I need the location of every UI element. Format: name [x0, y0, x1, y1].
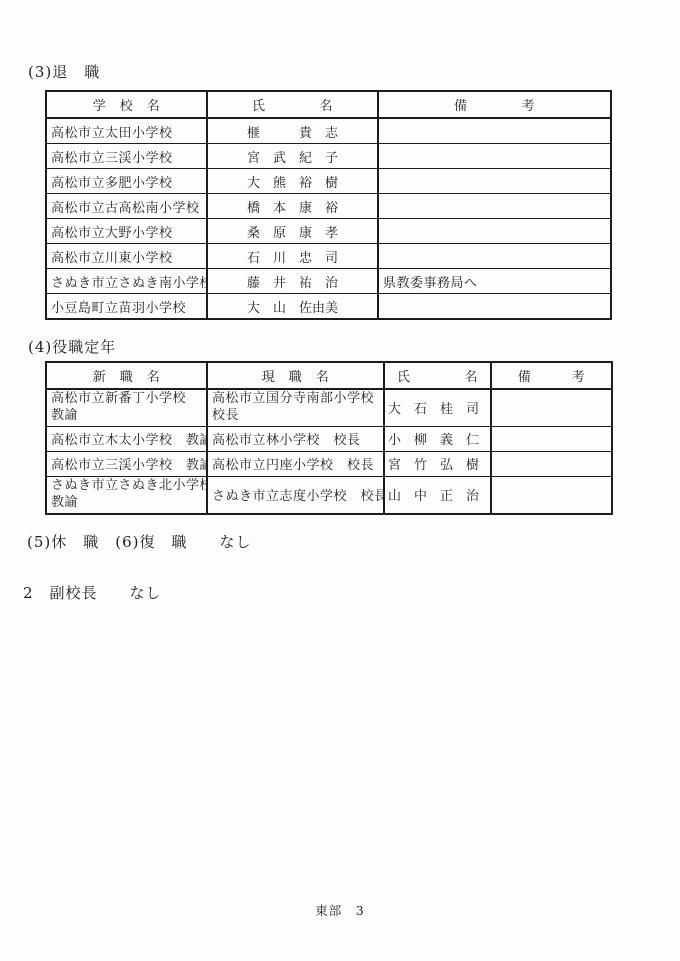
- cell-remarks: [378, 219, 611, 244]
- cell-person-name: 榧 貴 志: [207, 118, 378, 144]
- cell-person-name: 大 石 桂 司: [384, 389, 491, 426]
- cell-person-name: 山 中 正 治: [384, 476, 491, 513]
- cell-new-position: 高松市立新番丁小学校 教諭: [46, 389, 207, 426]
- document-page: (3)退 職 学 校 名 氏 名 備 考 高松市立太田小学校 榧 貴 志 高松市…: [0, 0, 680, 961]
- cell-person-name: 石 川 忠 司: [207, 244, 378, 269]
- retirement-table: 学 校 名 氏 名 備 考 高松市立太田小学校 榧 貴 志 高松市立三渓小学校 …: [45, 90, 612, 320]
- table-header-row: 新 職 名 現 職 名 氏 名 備 考: [46, 362, 612, 389]
- cell-new-position: 高松市立木太小学校 教諭: [46, 426, 207, 451]
- cell-person-name: 大 山 佐由美: [207, 294, 378, 320]
- table-row: さぬき市立さぬき南小学校 藤 井 祐 治 県教委事務局へ: [46, 269, 611, 294]
- section-heading-retirement: (3)退 職: [28, 61, 100, 82]
- cell-person-name: 桑 原 康 孝: [207, 219, 378, 244]
- cell-person-name: 橋 本 康 裕: [207, 194, 378, 219]
- cell-remarks: [491, 389, 612, 426]
- cell-new-position: さぬき市立さぬき北小学校 教諭: [46, 476, 207, 513]
- column-header-new-position: 新 職 名: [46, 362, 207, 389]
- table-row: 高松市立木太小学校 教諭 高松市立林小学校 校長 小 柳 義 仁: [46, 426, 612, 451]
- column-header-person-name: 氏 名: [384, 362, 491, 389]
- table-row: 高松市立多肥小学校 大 熊 裕 樹: [46, 169, 611, 194]
- cell-remarks: [491, 476, 612, 513]
- cell-current-position: 高松市立林小学校 校長: [207, 426, 384, 451]
- table-row: さぬき市立さぬき北小学校 教諭 さぬき市立志度小学校 校長 山 中 正 治: [46, 476, 612, 513]
- cell-remarks: [491, 426, 612, 451]
- page-footer: 東部 3: [0, 901, 680, 919]
- table-row: 高松市立大野小学校 桑 原 康 孝: [46, 219, 611, 244]
- table-row: 高松市立新番丁小学校 教諭 高松市立国分寺南部小学校 校長 大 石 桂 司: [46, 389, 612, 426]
- cell-remarks: [378, 194, 611, 219]
- cell-remarks: [378, 169, 611, 194]
- cell-current-position: 高松市立円座小学校 校長: [207, 451, 384, 476]
- column-header-remarks: 備 考: [378, 91, 611, 118]
- cell-current-position: さぬき市立志度小学校 校長: [207, 476, 384, 513]
- cell-school-name: さぬき市立さぬき南小学校: [46, 269, 207, 294]
- table-row: 高松市立古高松南小学校 橋 本 康 裕: [46, 194, 611, 219]
- cell-remarks: [378, 244, 611, 269]
- cell-person-name: 小 柳 義 仁: [384, 426, 491, 451]
- cell-school-name: 高松市立多肥小学校: [46, 169, 207, 194]
- cell-remarks: [491, 451, 612, 476]
- cell-person-name: 宮 武 紀 子: [207, 144, 378, 169]
- cell-remarks: [378, 294, 611, 320]
- cell-remarks: [378, 118, 611, 144]
- cell-person-name: 宮 竹 弘 樹: [384, 451, 491, 476]
- table-row: 高松市立太田小学校 榧 貴 志: [46, 118, 611, 144]
- cell-school-name: 高松市立太田小学校: [46, 118, 207, 144]
- table-row: 高松市立三渓小学校 教諭 高松市立円座小学校 校長 宮 竹 弘 樹: [46, 451, 612, 476]
- table-row: 高松市立三渓小学校 宮 武 紀 子: [46, 144, 611, 169]
- cell-current-position: 高松市立国分寺南部小学校 校長: [207, 389, 384, 426]
- table-header-row: 学 校 名 氏 名 備 考: [46, 91, 611, 118]
- cell-new-position: 高松市立三渓小学校 教諭: [46, 451, 207, 476]
- cell-remarks: [378, 144, 611, 169]
- section-heading-role-retirement: (4)役職定年: [28, 336, 116, 357]
- table-row: 高松市立川東小学校 石 川 忠 司: [46, 244, 611, 269]
- cell-school-name: 小豆島町立苗羽小学校: [46, 294, 207, 320]
- table-row: 小豆島町立苗羽小学校 大 山 佐由美: [46, 294, 611, 320]
- cell-school-name: 高松市立川東小学校: [46, 244, 207, 269]
- column-header-school-name: 学 校 名: [46, 91, 207, 118]
- column-header-remarks: 備 考: [491, 362, 612, 389]
- cell-person-name: 藤 井 祐 治: [207, 269, 378, 294]
- column-header-person-name: 氏 名: [207, 91, 378, 118]
- role-retirement-table: 新 職 名 現 職 名 氏 名 備 考 高松市立新番丁小学校 教諭 高松市立国分…: [45, 361, 613, 515]
- column-header-current-position: 現 職 名: [207, 362, 384, 389]
- cell-school-name: 高松市立古高松南小学校: [46, 194, 207, 219]
- cell-school-name: 高松市立三渓小学校: [46, 144, 207, 169]
- line-leave-and-reinstatement: (5)休 職 (6)復 職 なし: [27, 531, 252, 552]
- cell-remarks: 県教委事務局へ: [378, 269, 611, 294]
- cell-school-name: 高松市立大野小学校: [46, 219, 207, 244]
- cell-person-name: 大 熊 裕 樹: [207, 169, 378, 194]
- line-vice-principal: 2 副校長 なし: [23, 582, 162, 603]
